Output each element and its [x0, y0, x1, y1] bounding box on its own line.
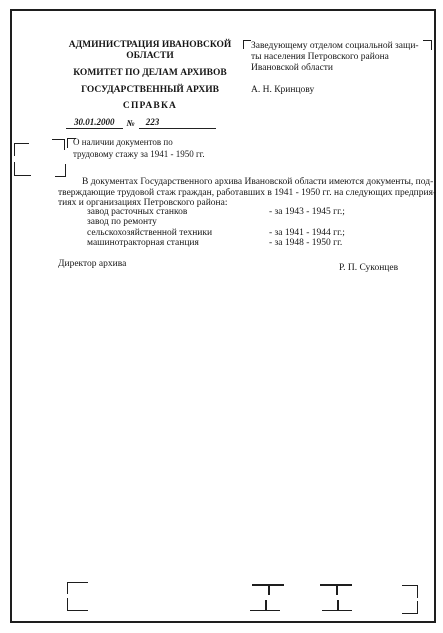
subject-line1: О наличии документов по: [73, 137, 205, 149]
enterprise-name: сельскохозяйственной техники: [87, 228, 269, 238]
enterprise-name: завод по ремонту: [87, 217, 269, 227]
bottom-zone-mark-tee-down-1: [252, 584, 284, 595]
subject-zone-mark-top-right: [52, 139, 65, 150]
enterprise-row: завод расточных станков - за 1943 - 1945…: [87, 207, 345, 217]
body-paragraph-line2: тверждающие трудовой стаж граждан, работ…: [58, 188, 436, 199]
bottom-zone-mark-bottom-left: [67, 598, 88, 611]
number-underline: [166, 128, 216, 129]
addressee-name: А. Н. Кринцову: [251, 85, 431, 96]
document-type: СПРАВКА: [52, 101, 248, 112]
addressee-zone-mark-top-left: [243, 40, 251, 49]
committee-name: КОМИТЕТ ПО ДЕЛАМ АРХИВОВ: [52, 68, 248, 79]
addressee-line2: ты населения Петровского района: [251, 52, 431, 63]
subject-zone-mark-outer-top-left: [14, 143, 29, 156]
document-number: 223: [139, 117, 167, 129]
bottom-zone-mark-tee-up-1: [250, 600, 280, 611]
addressee-line1: Заведующему отделом социальной защи-: [251, 41, 431, 52]
bottom-zone-mark-tee-up-2: [322, 600, 352, 611]
enterprise-row: машинотракторная станция - за 1948 - 195…: [87, 238, 345, 248]
enterprise-name: завод расточных станков: [87, 207, 269, 217]
issuing-org-block: АДМИНИСТРАЦИЯ ИВАНОВСКОЙ ОБЛАСТИ КОМИТЕТ…: [52, 40, 248, 129]
subject-zone-mark-bottom-right: [55, 164, 66, 177]
subject-block: О наличии документов по трудовому стажу …: [73, 137, 205, 160]
enterprise-row: завод по ремонту: [87, 217, 345, 227]
enterprise-name: машинотракторная станция: [87, 238, 269, 248]
bottom-zone-mark-top-right: [402, 585, 418, 598]
enterprise-period: - за 1948 - 1950 гг.: [269, 238, 342, 248]
signature-title: Директор архива: [58, 259, 126, 269]
addressee-block: Заведующему отделом социальной защи- ты …: [251, 41, 431, 96]
subject-line2: трудовому стажу за 1941 - 1950 гг.: [73, 149, 205, 161]
enterprise-period: - за 1943 - 1945 гг.;: [269, 207, 345, 217]
body-paragraph: В документах Государственного архива Ива…: [58, 177, 436, 209]
number-sign: №: [127, 118, 135, 129]
enterprise-period: - за 1941 - 1944 гг.;: [269, 228, 345, 238]
addressee-line3: Ивановской области: [251, 63, 431, 74]
signature-name: Р. П. Суконцев: [339, 263, 398, 273]
bottom-zone-mark-bottom-right: [402, 601, 418, 614]
enterprise-row: сельскохозяйственной техники - за 1941 -…: [87, 228, 345, 238]
org-name-line2: ОБЛАСТИ: [52, 51, 248, 62]
subject-zone-mark-outer-bottom-left: [14, 162, 31, 176]
document-date: 30.01.2000: [66, 117, 123, 129]
body-paragraph-line1: В документах Государственного архива Ива…: [58, 177, 436, 188]
archive-name: ГОСУДАРСТВЕННЫЙ АРХИВ: [52, 85, 248, 96]
enterprise-list: завод расточных станков - за 1943 - 1945…: [87, 207, 345, 248]
date-number-row: 30.01.2000 № 223: [52, 117, 248, 129]
bottom-zone-mark-tee-down-2: [320, 584, 352, 595]
bottom-zone-mark-top-left: [67, 582, 88, 594]
org-name-line1: АДМИНИСТРАЦИЯ ИВАНОВСКОЙ: [52, 40, 248, 51]
